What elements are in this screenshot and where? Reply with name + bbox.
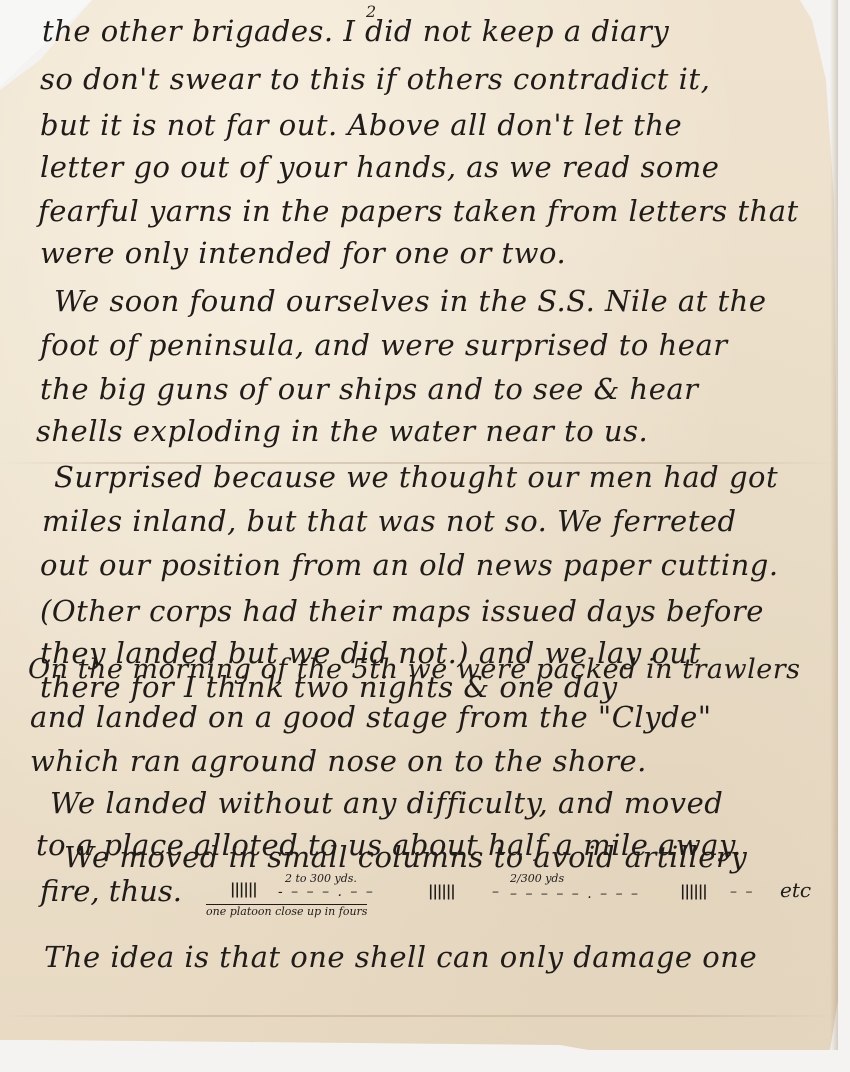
letter-line: (Other corps had their maps issued days … — [40, 594, 764, 628]
platoon-ticks-3: |||||| — [680, 882, 707, 900]
line-text: Surprised because we thought our men had… — [54, 460, 778, 494]
letter-line: foot of peninsula, and were surprised to… — [40, 328, 728, 362]
closing-line: The idea is that one shell can only dama… — [44, 940, 757, 974]
line-text: out our position from an old news paper … — [40, 548, 779, 582]
letter-line: and landed on a good stage from the "Cly… — [30, 700, 712, 734]
letter-line: Surprised because we thought our men had… — [54, 460, 778, 494]
line-text: letter go out of your hands, as we read … — [40, 150, 719, 184]
letter-line: the other brigades. I did not keep a dia… — [42, 14, 669, 48]
line-text: (Other corps had their maps issued days … — [40, 594, 764, 628]
line-text: foot of peninsula, and were surprised to… — [40, 328, 728, 362]
line-text: miles inland, but that was not so. We fe… — [42, 504, 737, 538]
gap-dashes-3: – – — [730, 884, 754, 900]
platoon-ticks-1: |||||| — [230, 880, 257, 898]
sketch-intro: fire, thus. — [40, 874, 182, 908]
line-text: On the morning of the 5th we were packed… — [28, 654, 800, 685]
letter-line: so don't swear to this if others contrad… — [40, 62, 710, 96]
letter-line: shells exploding in the water near to us… — [36, 414, 648, 448]
line-text: We moved in small columns to avoid artil… — [64, 840, 747, 874]
line-text: were only intended for one or two. — [40, 236, 566, 270]
line-text: which ran aground nose on to the shore. — [30, 744, 647, 778]
column-formation-sketch: fire, thus. |||||| one platoon close up … — [40, 870, 840, 930]
sketch-etc: etc — [780, 878, 811, 902]
letter-line: were only intended for one or two. — [40, 236, 566, 270]
letter-line: the big guns of our ships and to see & h… — [40, 372, 699, 406]
line-text: the other brigades. I did not keep a dia… — [42, 14, 669, 48]
letter-line: We moved in small columns to avoid artil… — [64, 840, 747, 874]
platoon-ticks-2: |||||| — [428, 882, 455, 900]
letter-line: fearful yarns in the papers taken from l… — [38, 194, 799, 228]
line-text: fearful yarns in the papers taken from l… — [38, 194, 799, 228]
letter-line: We soon found ourselves in the S.S. Nile… — [54, 284, 766, 318]
gap-label-2: 2/300 yds — [510, 872, 564, 885]
platoon-caption: one platoon close up in fours — [206, 904, 367, 918]
letter-line: On the morning of the 5th we were packed… — [28, 654, 800, 685]
gap-dashes-2: – – – – – . – – – — [510, 886, 640, 902]
line-text: but it is not far out. Above all don't l… — [40, 108, 682, 142]
line-text: shells exploding in the water near to us… — [36, 414, 648, 448]
letter-line: miles inland, but that was not so. We fe… — [42, 504, 737, 538]
letter-line: but it is not far out. Above all don't l… — [40, 108, 682, 142]
fold-crease — [0, 1015, 838, 1017]
line-text: We landed without any difficulty, and mo… — [50, 786, 723, 820]
line-text: so don't swear to this if others contrad… — [40, 62, 710, 96]
line-text: We soon found ourselves in the S.S. Nile… — [54, 284, 766, 318]
letter-line: out our position from an old news paper … — [40, 548, 779, 582]
letter-line: which ran aground nose on to the shore. — [30, 744, 647, 778]
letter-line: We landed without any difficulty, and mo… — [50, 786, 723, 820]
letter-line: letter go out of your hands, as we read … — [40, 150, 719, 184]
gap-dashes-2a: – — [492, 884, 501, 900]
line-text: and landed on a good stage from the "Cly… — [30, 700, 712, 734]
line-text: The idea is that one shell can only dama… — [44, 940, 757, 974]
line-text: the big guns of our ships and to see & h… — [40, 372, 699, 406]
gap-dashes-1: - – – – . – – — [278, 884, 375, 900]
